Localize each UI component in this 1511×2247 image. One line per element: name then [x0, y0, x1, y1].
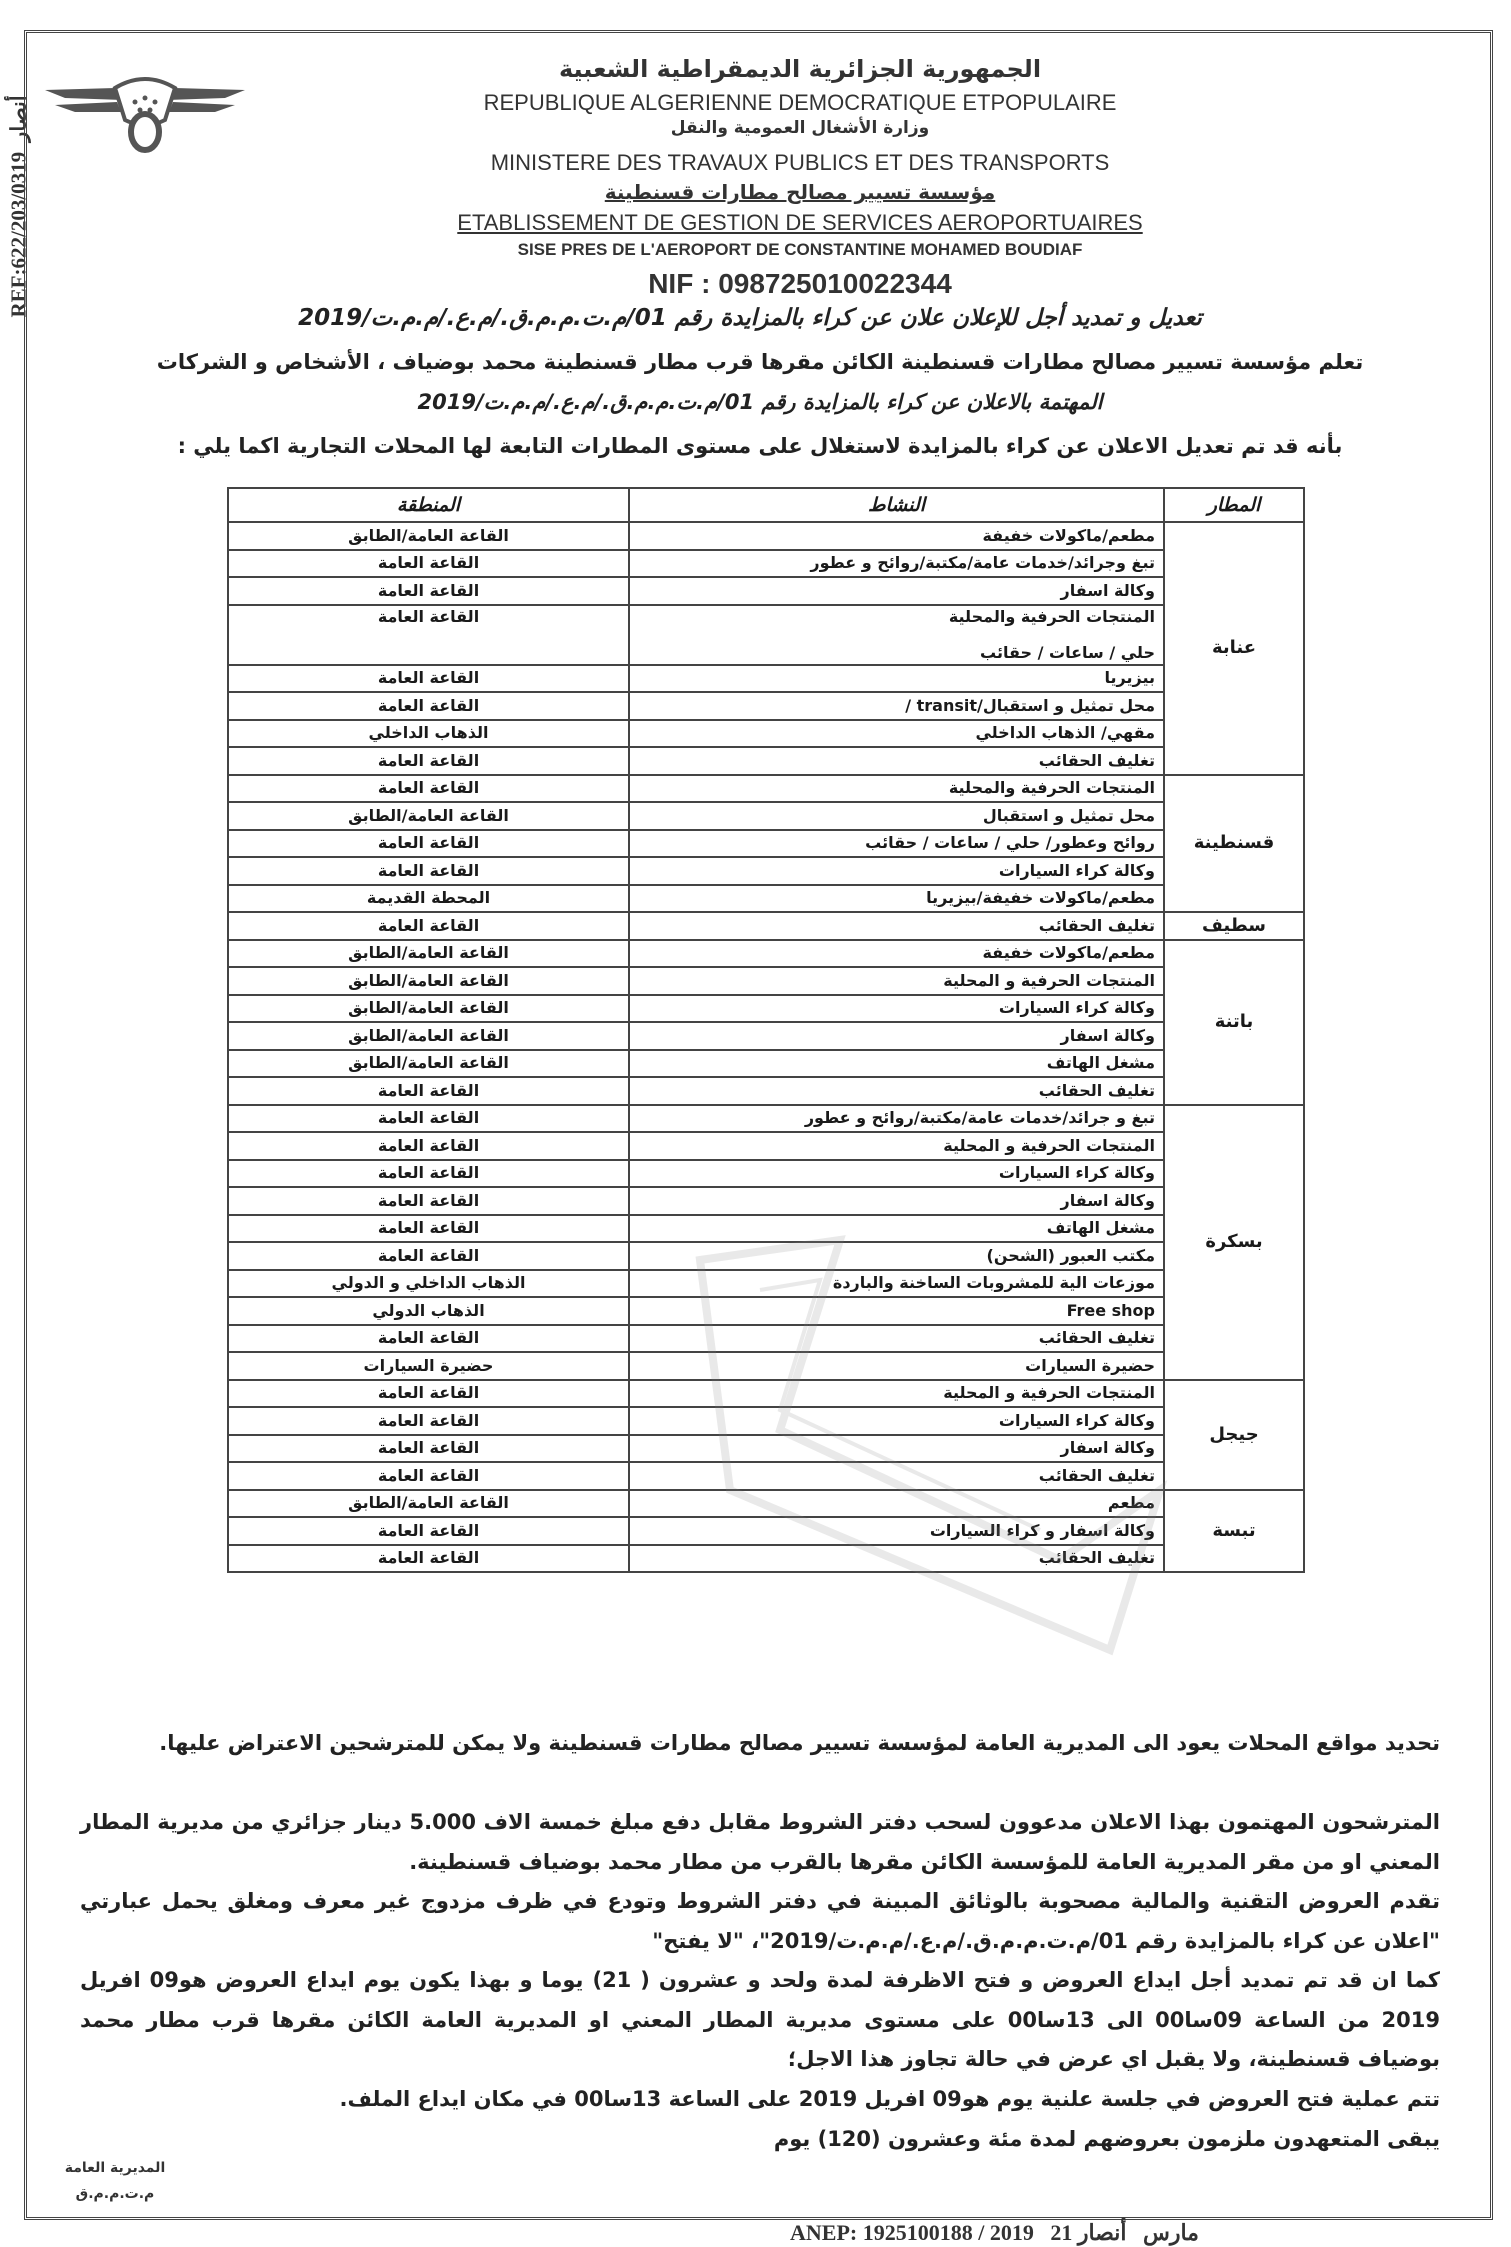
zone-cell: القاعة العامة — [228, 577, 629, 605]
activity-text: تغليف الحقائب — [638, 915, 1155, 937]
table-row: بسكرةتبغ و جرائد/خدمات عامة/مكتبة/روائح … — [228, 1105, 1304, 1133]
activity-cell: المنتجات الحرفية و المحلية — [629, 1132, 1164, 1160]
table-row: تغليف الحقائبالقاعة العامة — [228, 1077, 1304, 1105]
table-row: محل تمثيل و استقبال/transit /القاعة العا… — [228, 692, 1304, 720]
activity-cell: تغليف الحقائب — [629, 1545, 1164, 1573]
zone-cell: القاعة العامة/الطابق — [228, 802, 629, 830]
table-row: وكالة كراء السياراتالقاعة العامة — [228, 1160, 1304, 1188]
activity-text: تبغ و جرائد/خدمات عامة/مكتبة/روائح و عطو… — [638, 1107, 1155, 1129]
table-row: بيزيرياالقاعة العامة — [228, 665, 1304, 693]
table-row: مشغل الهاتفالقاعة العامة — [228, 1215, 1304, 1243]
paragraph-validity: يبقى المتعهدون ملزمون بعروضهم لمدة مئة و… — [340, 2120, 1440, 2160]
commercial-lots-table: المطار النشاط المنطقة عنابةمطعم/ماكولات … — [227, 487, 1305, 1573]
zone-cell: القاعة العامة — [228, 747, 629, 775]
activity-text: المنتجات الحرفية والمحلية — [638, 777, 1155, 799]
activity-text: موزعات الية للمشروبات الساخنة والباردة — [638, 1272, 1155, 1294]
zone-cell: القاعة العامة — [228, 1132, 629, 1160]
intro-line-3: بأنه قد تم تعديل الاعلان عن كراء بالمزاي… — [80, 428, 1440, 464]
airport-cell: عنابة — [1164, 522, 1304, 775]
activity-text: تغليف الحقائب — [638, 750, 1155, 772]
activity-cell: المنتجات الحرفية و المحلية — [629, 967, 1164, 995]
table-row: تغليف الحقائبالقاعة العامة — [228, 1325, 1304, 1353]
zone-cell: المحطة القديمة — [228, 885, 629, 913]
activity-cell: مقهي/ الذهاب الداخلي — [629, 720, 1164, 748]
table-row: وكالة كراء السياراتالقاعة العامة — [228, 1407, 1304, 1435]
table-header-row: المطار النشاط المنطقة — [228, 488, 1304, 522]
activity-cell: روائح وعطور/ حلي / ساعات / حقائب — [629, 830, 1164, 858]
activity-cell: وكالة كراء السيارات — [629, 857, 1164, 885]
paragraph-offer-submission: تقدم العروض التقنية والمالية مصحوبة بالو… — [80, 1882, 1440, 1961]
table-row: مقهي/ الذهاب الداخليالذهاب الداخلي — [228, 720, 1304, 748]
activity-text: مطعم — [638, 1492, 1155, 1514]
table-row: وكالة كراء السياراتالقاعة العامة/الطابق — [228, 995, 1304, 1023]
activity-text: وكالة كراء السيارات — [638, 1410, 1155, 1432]
activity-text: وكالة اسفار — [638, 580, 1155, 602]
ministry-french: MINISTERE DES TRAVAUX PUBLICS ET DES TRA… — [300, 150, 1300, 176]
activity-cell: المنتجات الحرفية والمحليةحلي / ساعات / ح… — [629, 605, 1164, 665]
activity-text: وكالة اسفار — [638, 1025, 1155, 1047]
activity-text: وكالة كراء السيارات — [638, 860, 1155, 882]
table-row: تغليف الحقائبالقاعة العامة — [228, 1545, 1304, 1573]
republic-french: REPUBLIQUE ALGERIENNE DEMOCRATIQUE ETPOP… — [300, 90, 1300, 116]
table-row: عنابةمطعم/ماكولات خفيفةالقاعة العامة/الط… — [228, 522, 1304, 550]
zone-cell: القاعة العامة — [228, 665, 629, 693]
activity-cell: المنتجات الحرفية و المحلية — [629, 1380, 1164, 1408]
table-row: المنتجات الحرفية والمحليةحلي / ساعات / ح… — [228, 605, 1304, 665]
zone-cell: القاعة العامة — [228, 1545, 629, 1573]
intro-line-1: تعلم مؤسسة تسيير مصالح مطارات قسنطينة ال… — [80, 344, 1440, 380]
signature-block: المديرية العامة م.ت.م.م.ق — [60, 2155, 170, 2207]
activity-text: محل تمثيل و استقبال/transit / — [638, 695, 1155, 717]
activity-text: مقهي/ الذهاب الداخلي — [638, 722, 1155, 744]
table-row: وكالة اسفارالقاعة العامة — [228, 577, 1304, 605]
zone-cell: القاعة العامة — [228, 1242, 629, 1270]
table-row: قسنطينةالمنتجات الحرفية والمحليةالقاعة ا… — [228, 775, 1304, 803]
activity-cell: المنتجات الحرفية والمحلية — [629, 775, 1164, 803]
zone-cell: القاعة العامة — [228, 1215, 629, 1243]
activity-text: مشغل الهاتف — [638, 1052, 1155, 1074]
zone-cell: القاعة العامة/الطابق — [228, 995, 629, 1023]
establishment-arabic: مؤسسة تسيير مصالح مطارات قسنطينة — [300, 180, 1300, 204]
paragraph-deadline-extension: كما ان قد تم تمديد أجل ايداع العروض و فت… — [80, 1961, 1440, 2080]
activity-cell: مكتب العبور (الشحن) — [629, 1242, 1164, 1270]
activity-cell: وكالة اسفار — [629, 577, 1164, 605]
activity-cell: تغليف الحقائب — [629, 1077, 1164, 1105]
table-row: تغليف الحقائبالقاعة العامة — [228, 1462, 1304, 1490]
zone-cell: القاعة العامة/الطابق — [228, 1022, 629, 1050]
zone-cell: القاعة العامة/الطابق — [228, 1050, 629, 1078]
zone-cell: القاعة العامة/الطابق — [228, 967, 629, 995]
activity-cell: تغليف الحقائب — [629, 747, 1164, 775]
zone-cell: القاعة العامة — [228, 857, 629, 885]
activity-text: تبغ وجرائد/خدمات عامة/مكتبة/روائح و عطور — [638, 552, 1155, 574]
zone-cell: الذهاب الدولي — [228, 1297, 629, 1325]
activity-text: مطعم/ماكولات خفيفة/بيزيريا — [638, 887, 1155, 909]
header-airport: المطار — [1164, 488, 1304, 522]
table-row: جيجلالمنتجات الحرفية و المحليةالقاعة الع… — [228, 1380, 1304, 1408]
activity-cell: مطعم/ماكولات خفيفة — [629, 940, 1164, 968]
airport-cell: جيجل — [1164, 1380, 1304, 1490]
activity-text: تغليف الحقائب — [638, 1465, 1155, 1487]
signature-line-1: المديرية العامة — [60, 2155, 170, 2181]
footer-publication: ANEP: 1925100188 / 2019 21 مارس أنصار — [790, 2220, 1199, 2246]
activity-cell: مشغل الهاتف — [629, 1215, 1164, 1243]
activity-cell: محل تمثيل و استقبال — [629, 802, 1164, 830]
zone-cell: القاعة العامة/الطابق — [228, 1490, 629, 1518]
table-row: مشغل الهاتفالقاعة العامة/الطابق — [228, 1050, 1304, 1078]
airport-logo-icon — [45, 60, 245, 155]
activity-cell: وكالة كراء السيارات — [629, 1160, 1164, 1188]
activity-text: روائح وعطور/ حلي / ساعات / حقائب — [638, 832, 1155, 854]
activity-text: المنتجات الحرفية و المحلية — [638, 970, 1155, 992]
activity-text: وكالة اسفار — [638, 1190, 1155, 1212]
paragraph-conditions-booklet: المترشحون المهتمون بهذا الاعلان مدعوون ل… — [80, 1803, 1440, 1882]
activity-text: المنتجات الحرفية و المحلية — [638, 1382, 1155, 1404]
table-row: Free shopالذهاب الدولي — [228, 1297, 1304, 1325]
zone-cell: القاعة العامة — [228, 1187, 629, 1215]
address-french: SISE PRES DE L'AEROPORT DE CONSTANTINE M… — [300, 240, 1300, 260]
table-row: مطعم/ماكولات خفيفة/بيزيرياالمحطة القديمة — [228, 885, 1304, 913]
zone-cell: القاعة العامة — [228, 1380, 629, 1408]
airport-cell: سطيف — [1164, 912, 1304, 940]
zone-cell: القاعة العامة — [228, 1325, 629, 1353]
activity-text: مطعم/ماكولات خفيفة — [638, 525, 1155, 547]
zone-cell: القاعة العامة — [228, 1407, 629, 1435]
ministry-arabic: وزارة الأشغال العمومية والنقل — [300, 118, 1300, 138]
zone-cell: القاعة العامة — [228, 1105, 629, 1133]
activity-text: مشغل الهاتف — [638, 1217, 1155, 1239]
zone-cell: القاعة العامة — [228, 775, 629, 803]
table-row: تبسةمطعمالقاعة العامة/الطابق — [228, 1490, 1304, 1518]
activity-text: تغليف الحقائب — [638, 1327, 1155, 1349]
activity-cell: وكالة كراء السيارات — [629, 1407, 1164, 1435]
table-body: عنابةمطعم/ماكولات خفيفةالقاعة العامة/الط… — [228, 522, 1304, 1572]
activity-cell: تغليف الحقائب — [629, 1462, 1164, 1490]
zone-cell: القاعة العامة — [228, 1435, 629, 1463]
activity-text: حضيرة السيارات — [638, 1355, 1155, 1377]
activity-text-line-2: حلي / ساعات / حقائب — [638, 642, 1155, 664]
activity-cell: موزعات الية للمشروبات الساخنة والباردة — [629, 1270, 1164, 1298]
table-row: تغليف الحقائبالقاعة العامة — [228, 747, 1304, 775]
airport-cell: قسنطينة — [1164, 775, 1304, 913]
table-row: تبغ وجرائد/خدمات عامة/مكتبة/روائح و عطور… — [228, 550, 1304, 578]
table-row: مكتب العبور (الشحن)القاعة العامة — [228, 1242, 1304, 1270]
activity-text: مطعم/ماكولات خفيفة — [638, 942, 1155, 964]
table-row: باتنةمطعم/ماكولات خفيفةالقاعة العامة/الط… — [228, 940, 1304, 968]
activity-cell: تغليف الحقائب — [629, 912, 1164, 940]
table-row: وكالة اسفارالقاعة العامة — [228, 1187, 1304, 1215]
activity-cell: وكالة كراء السيارات — [629, 995, 1164, 1023]
tax-id: NIF : 098725010022344 — [300, 268, 1300, 300]
republic-arabic: الجمهورية الجزائرية الديمقراطية الشعبية — [300, 55, 1300, 83]
activity-cell: مطعم — [629, 1490, 1164, 1518]
activity-cell: وكالة اسفار — [629, 1022, 1164, 1050]
paragraph-opening-session: تتم عملية فتح العروض في جلسة علنية يوم ه… — [80, 2080, 1440, 2120]
zone-cell: القاعة العامة — [228, 912, 629, 940]
zone-cell: القاعة العامة — [228, 692, 629, 720]
activity-cell: تبغ و جرائد/خدمات عامة/مكتبة/روائح و عطو… — [629, 1105, 1164, 1133]
activity-cell: بيزيريا — [629, 665, 1164, 693]
zone-cell: القاعة العامة — [228, 1462, 629, 1490]
table-row: وكالة اسفارالقاعة العامة/الطابق — [228, 1022, 1304, 1050]
zone-cell: القاعة العامة — [228, 1517, 629, 1545]
newspaper-name: أنصار — [1078, 2220, 1127, 2245]
table-row: وكالة اسفارالقاعة العامة — [228, 1435, 1304, 1463]
intro-line-2: المهتمة بالاعلان عن كراء بالمزايدة رقم 0… — [80, 384, 1440, 420]
zone-cell: القاعة العامة — [228, 830, 629, 858]
table-row: روائح وعطور/ حلي / ساعات / حقائبالقاعة ا… — [228, 830, 1304, 858]
activity-cell: وكالة اسفار — [629, 1187, 1164, 1215]
activity-cell: حضيرة السيارات — [629, 1352, 1164, 1380]
activity-text: تغليف الحقائب — [638, 1547, 1155, 1569]
airport-cell: بسكرة — [1164, 1105, 1304, 1380]
activity-text: وكالة كراء السيارات — [638, 997, 1155, 1019]
activity-text: تغليف الحقائب — [638, 1080, 1155, 1102]
activity-cell: تغليف الحقائب — [629, 1325, 1164, 1353]
establishment-french: ETABLISSEMENT DE GESTION DE SERVICES AER… — [300, 210, 1300, 236]
activity-cell: مشغل الهاتف — [629, 1050, 1164, 1078]
zone-cell: الذهاب الداخلي — [228, 720, 629, 748]
table-row: وكالة اسفار و كراء السياراتالقاعة العامة — [228, 1517, 1304, 1545]
activity-text: المنتجات الحرفية و المحلية — [638, 1135, 1155, 1157]
table-row: محل تمثيل و استقبالالقاعة العامة/الطابق — [228, 802, 1304, 830]
activity-text: المنتجات الحرفية والمحلية — [638, 606, 1155, 628]
activity-cell: وكالة اسفار و كراء السيارات — [629, 1517, 1164, 1545]
zone-cell: القاعة العامة — [228, 605, 629, 665]
activity-cell: Free shop — [629, 1297, 1164, 1325]
activity-cell: وكالة اسفار — [629, 1435, 1164, 1463]
activity-text: وكالة اسفار — [638, 1437, 1155, 1459]
zone-cell: القاعة العامة/الطابق — [228, 522, 629, 550]
activity-text: وكالة اسفار و كراء السيارات — [638, 1520, 1155, 1542]
zone-cell: حضيرة السيارات — [228, 1352, 629, 1380]
activity-cell: محل تمثيل و استقبال/transit / — [629, 692, 1164, 720]
activity-text: مكتب العبور (الشحن) — [638, 1245, 1155, 1267]
zone-cell: القاعة العامة — [228, 550, 629, 578]
anep-number: ANEP: 1925100188 / 2019 — [790, 2220, 1034, 2245]
zone-cell: القاعة العامة/الطابق — [228, 940, 629, 968]
header-activity: النشاط — [629, 488, 1164, 522]
zone-cell: الذهاب الداخلي و الدولي — [228, 1270, 629, 1298]
activity-text: محل تمثيل و استقبال — [638, 805, 1155, 827]
table-row: سطيفتغليف الحقائبالقاعة العامة — [228, 912, 1304, 940]
table-row: المنتجات الحرفية و المحليةالقاعة العامة/… — [228, 967, 1304, 995]
notice-title: تعديل و تمديد أجل للإعلان علان عن كراء ب… — [100, 305, 1400, 331]
signature-line-2: م.ت.م.م.ق — [60, 2181, 170, 2207]
activity-text: Free shop — [638, 1300, 1155, 1322]
table-row: وكالة كراء السياراتالقاعة العامة — [228, 857, 1304, 885]
paragraph-locations: تحديد مواقع المحلات يعود الى المديرية ال… — [80, 1724, 1440, 1764]
activity-text: بيزيريا — [638, 667, 1155, 689]
table-row: حضيرة السياراتحضيرة السيارات — [228, 1352, 1304, 1380]
activity-cell: مطعم/ماكولات خفيفة — [629, 522, 1164, 550]
activity-text: وكالة كراء السيارات — [638, 1162, 1155, 1184]
zone-cell: القاعة العامة — [228, 1077, 629, 1105]
table-row: موزعات الية للمشروبات الساخنة والباردةال… — [228, 1270, 1304, 1298]
airport-cell: تبسة — [1164, 1490, 1304, 1573]
table-row: المنتجات الحرفية و المحليةالقاعة العامة — [228, 1132, 1304, 1160]
airport-cell: باتنة — [1164, 940, 1304, 1105]
activity-cell: تبغ وجرائد/خدمات عامة/مكتبة/روائح و عطور — [629, 550, 1164, 578]
activity-cell: مطعم/ماكولات خفيفة/بيزيريا — [629, 885, 1164, 913]
header-zone: المنطقة — [228, 488, 629, 522]
zone-cell: القاعة العامة — [228, 1160, 629, 1188]
